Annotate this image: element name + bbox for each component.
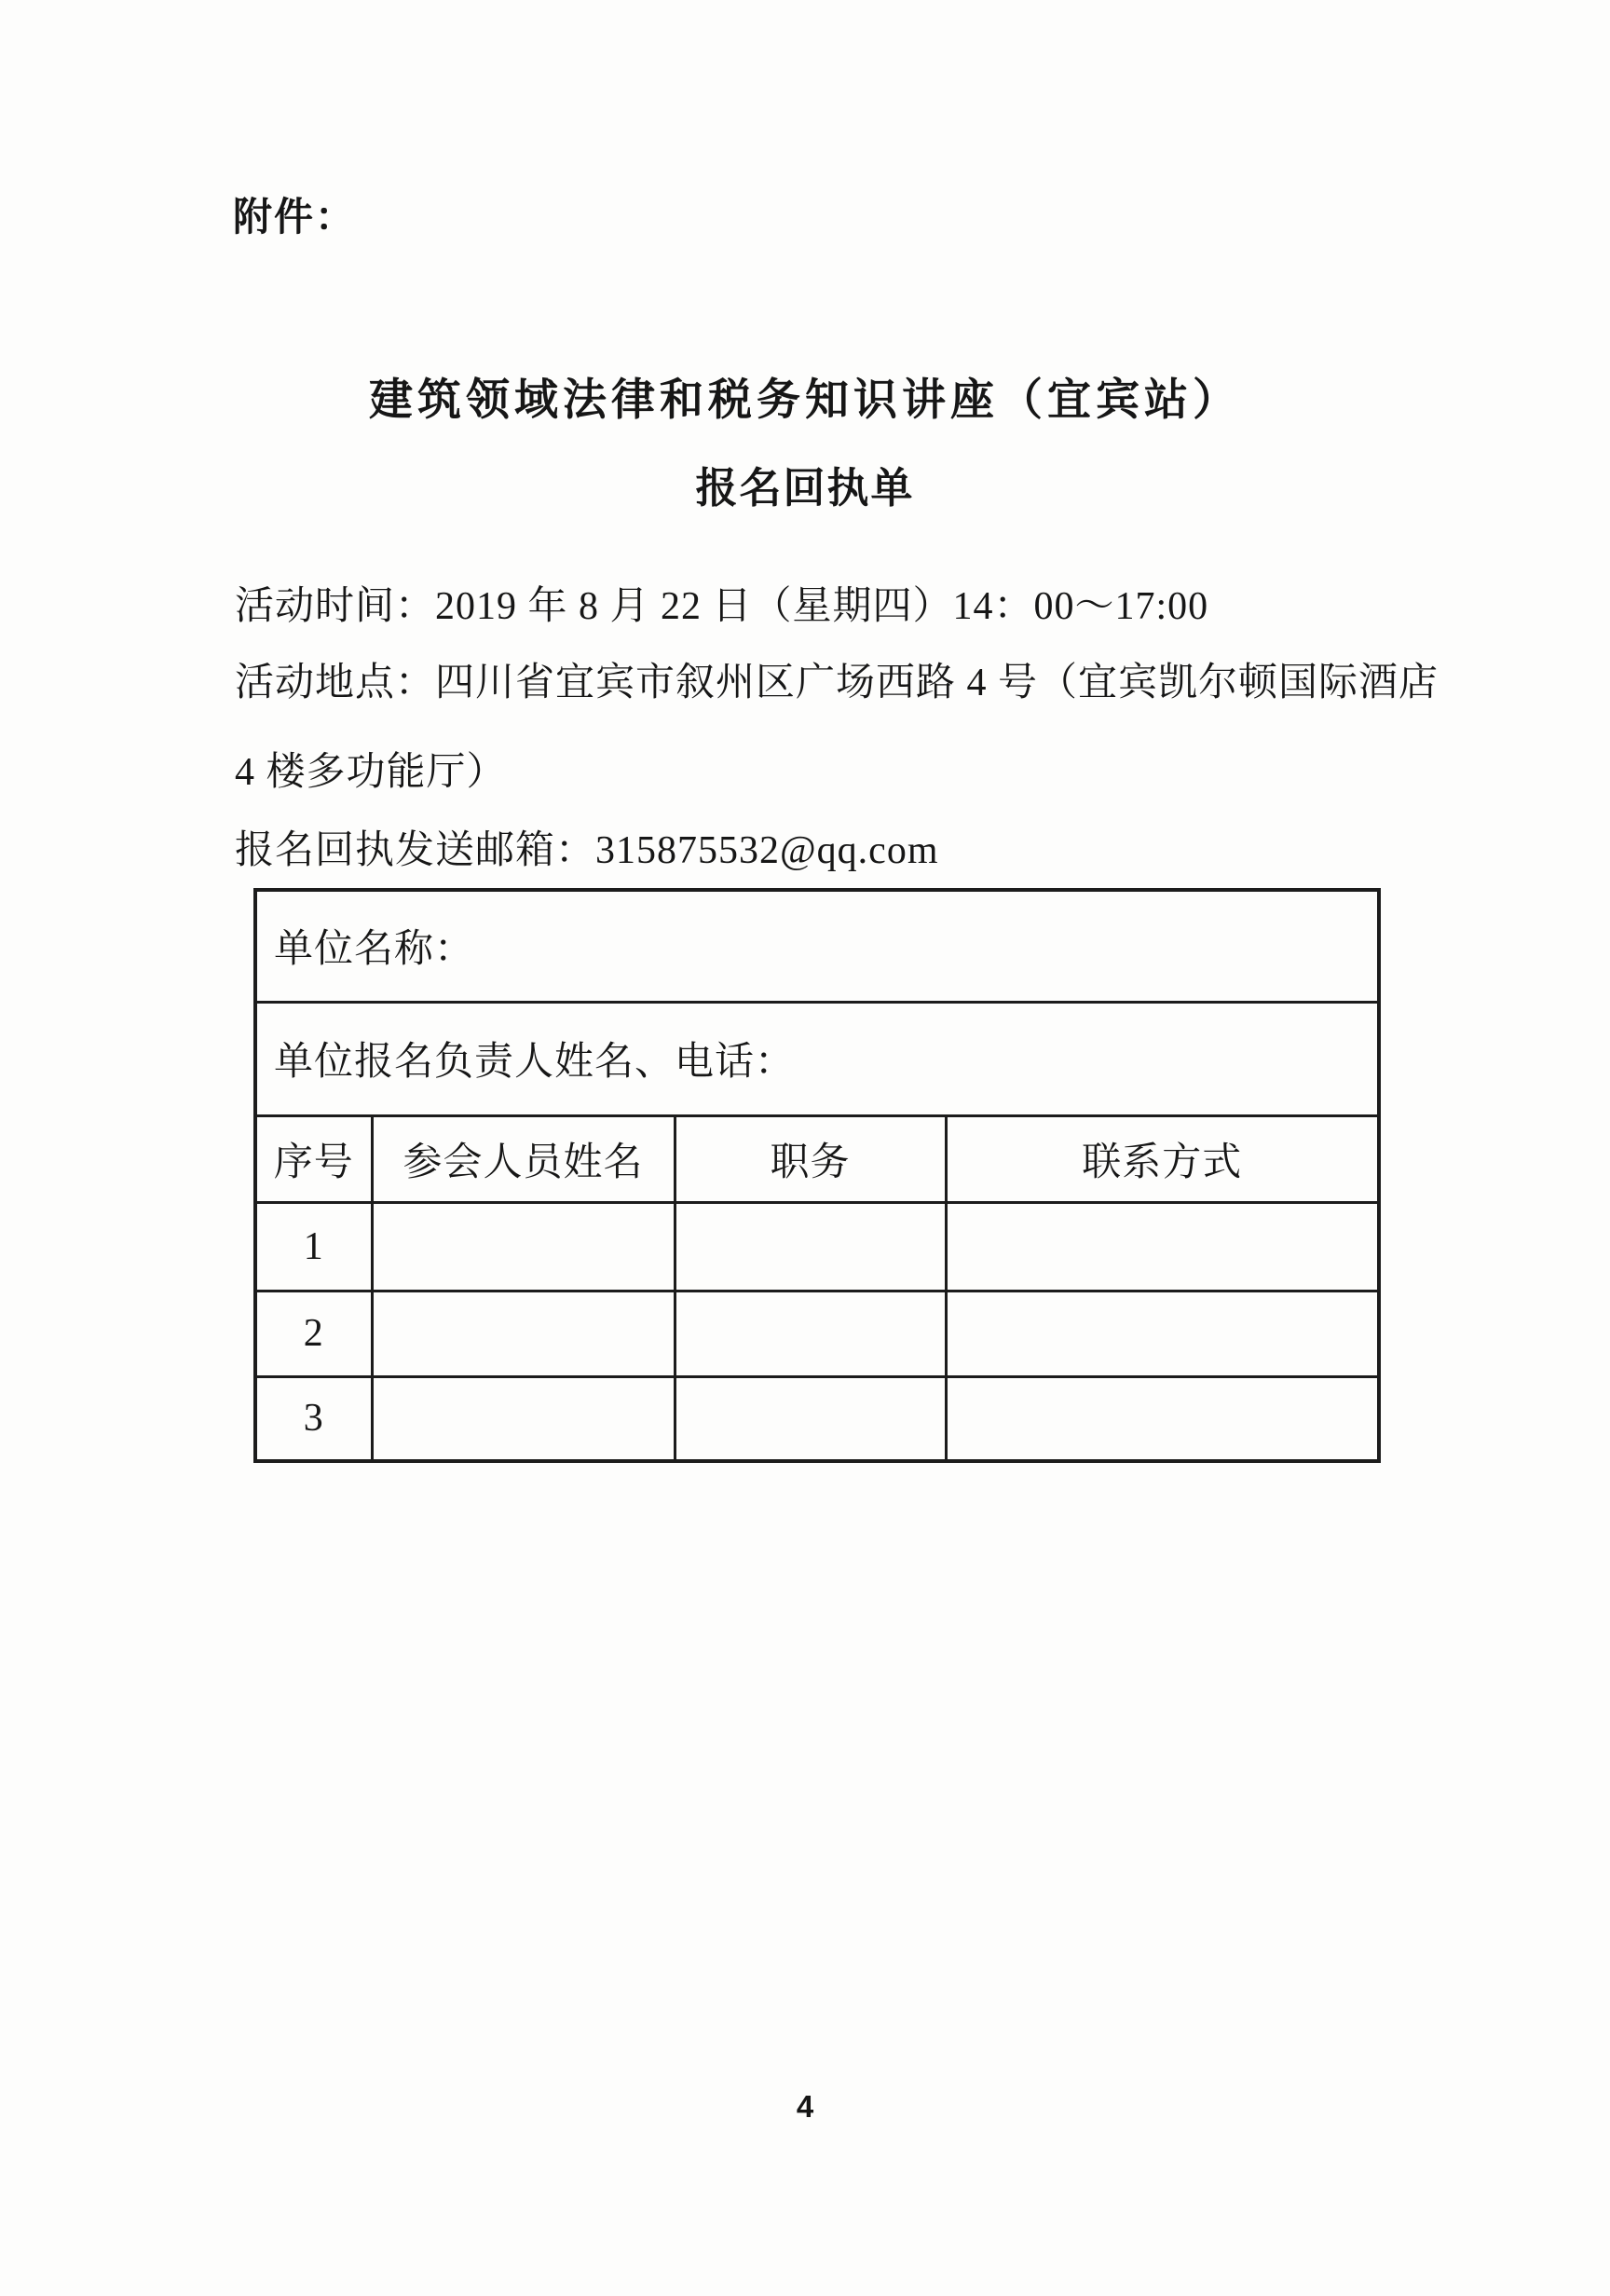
page-number: 4 — [0, 2089, 1610, 2125]
contact-person-row: 单位报名负责人姓名、电话： — [255, 1002, 1379, 1115]
participant-name-cell — [372, 1376, 675, 1461]
event-location-line-2: 4 楼多功能厅） — [235, 741, 507, 797]
participant-name-cell — [372, 1202, 675, 1291]
duty-cell — [675, 1291, 946, 1376]
contact-cell — [946, 1202, 1379, 1291]
header-cell-no: 序号 — [255, 1115, 372, 1202]
row-number-cell: 2 — [255, 1291, 372, 1376]
row-number-cell: 3 — [255, 1376, 372, 1461]
registration-form-table: 单位名称： 单位报名负责人姓名、电话： 序号 参会人员姓名 职务 联系方式 1 … — [253, 888, 1381, 1463]
unit-name-cell: 单位名称： — [255, 890, 1379, 1002]
duty-cell — [675, 1202, 946, 1291]
attachment-label: 附件： — [233, 186, 356, 242]
table-row: 2 — [255, 1291, 1379, 1376]
contact-person-cell: 单位报名负责人姓名、电话： — [255, 1002, 1379, 1115]
document-title: 建筑领域法律和税务知识讲座（宜宾站） — [0, 365, 1610, 428]
table-row: 1 — [255, 1202, 1379, 1291]
row-number-cell: 1 — [255, 1202, 372, 1291]
duty-cell — [675, 1376, 946, 1461]
table-header-row: 序号 参会人员姓名 职务 联系方式 — [255, 1115, 1379, 1202]
table-row: 3 — [255, 1376, 1379, 1461]
header-cell-contact: 联系方式 — [946, 1115, 1379, 1202]
reply-email-line: 报名回执发送邮箱：315875532@qq.com — [235, 819, 939, 875]
document-subtitle: 报名回执单 — [0, 454, 1610, 514]
scanned-document-page: 附件： 建筑领域法律和税务知识讲座（宜宾站） 报名回执单 活动时间：2019 年… — [0, 0, 1610, 2296]
contact-cell — [946, 1291, 1379, 1376]
participant-name-cell — [372, 1291, 675, 1376]
header-cell-duty: 职务 — [675, 1115, 946, 1202]
event-location-line-1: 活动地点：四川省宜宾市叙州区广场西路 4 号（宜宾凯尔顿国际酒店 — [235, 651, 1439, 707]
header-cell-participant-name: 参会人员姓名 — [372, 1115, 675, 1202]
event-time-line: 活动时间：2019 年 8 月 22 日（星期四）14：00～17:00 — [235, 575, 1208, 631]
contact-cell — [946, 1376, 1379, 1461]
unit-name-row: 单位名称： — [255, 890, 1379, 1002]
